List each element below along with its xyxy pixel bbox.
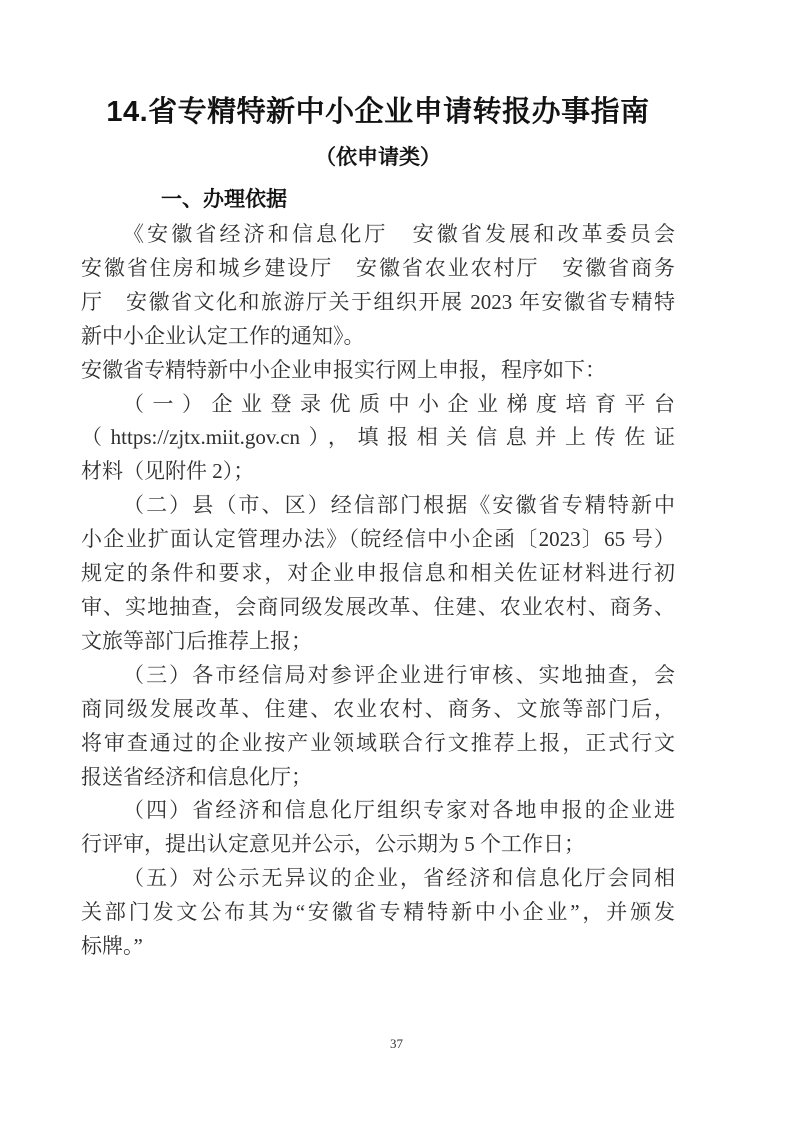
text-line: （三）各市经信局对参评企业进行审核、实地抽查，会 [81, 659, 675, 693]
text-line: 安徽省住房和城乡建设厅 安徽省农业农村厅 安徽省商务 [81, 252, 675, 286]
text-line: 报送省经济和信息化厅； [81, 761, 675, 795]
text-line: （四）省经济和信息化厅组织专家对各地申报的企业进 [81, 794, 675, 828]
text-line: （二）县（市、区）经信部门根据《安徽省专精特新中 [81, 489, 675, 523]
document-body: 《安徽省经济和信息化厅 安徽省发展和改革委员会安徽省住房和城乡建设厅 安徽省农业… [81, 218, 675, 964]
text-line: 标牌。” [81, 930, 675, 964]
document-page: 14.省专精特新中小企业申请转报办事指南 （依申请类） 一、办理依据 《安徽省经… [0, 0, 793, 1122]
text-line: 行评审，提出认定意见并公示，公示期为 5 个工作日； [81, 828, 675, 862]
text-line: 关部门发文公布其为“安徽省专精特新中小企业”，并颁发 [81, 896, 675, 930]
text-line: （五）对公示无异议的企业，省经济和信息化厅会同相 [81, 862, 675, 896]
text-line: 新中小企业认定工作的通知》。 [81, 320, 675, 354]
page-title: 14.省专精特新中小企业申请转报办事指南 [81, 92, 675, 132]
text-line: 商同级发展改革、住建、农业农村、商务、文旅等部门后， [81, 693, 675, 727]
page-number: 37 [0, 1036, 793, 1052]
text-line: 规定的条件和要求，对企业申报信息和相关佐证材料进行初 [81, 557, 675, 591]
text-line: 文旅等部门后推荐上报； [81, 625, 675, 659]
paragraph: （一）企业登录优质中小企业梯度培育平台（https://zjtx.miit.go… [81, 388, 675, 490]
text-line: （https://zjtx.miit.gov.cn），填报相关信息并上传佐证 [81, 421, 675, 455]
section-heading: 一、办理依据 [81, 184, 675, 216]
text-line: 小企业扩面认定管理办法》（皖经信中小企函〔2023〕65 号） [81, 523, 675, 557]
paragraph: （四）省经济和信息化厅组织专家对各地申报的企业进行评审，提出认定意见并公示，公示… [81, 794, 675, 862]
text-line: 《安徽省经济和信息化厅 安徽省发展和改革委员会 [81, 218, 675, 252]
text-line: 审、实地抽查，会商同级发展改革、住建、农业农村、商务、 [81, 591, 675, 625]
page-subtitle: （依申请类） [81, 142, 675, 174]
text-line: 材料（见附件 2）； [81, 455, 675, 489]
paragraph: 安徽省专精特新中小企业申报实行网上申报，程序如下： [81, 354, 675, 388]
text-line: 厅 安徽省文化和旅游厅关于组织开展 2023 年安徽省专精特 [81, 286, 675, 320]
text-line: 将审查通过的企业按产业领域联合行文推荐上报，正式行文 [81, 727, 675, 761]
paragraph: （三）各市经信局对参评企业进行审核、实地抽查，会商同级发展改革、住建、农业农村、… [81, 659, 675, 795]
paragraph: （五）对公示无异议的企业，省经济和信息化厅会同相关部门发文公布其为“安徽省专精特… [81, 862, 675, 964]
paragraph: （二）县（市、区）经信部门根据《安徽省专精特新中小企业扩面认定管理办法》（皖经信… [81, 489, 675, 659]
text-line: 安徽省专精特新中小企业申报实行网上申报，程序如下： [81, 354, 675, 388]
paragraph: 《安徽省经济和信息化厅 安徽省发展和改革委员会安徽省住房和城乡建设厅 安徽省农业… [81, 218, 675, 354]
text-line: （一）企业登录优质中小企业梯度培育平台 [81, 388, 675, 422]
